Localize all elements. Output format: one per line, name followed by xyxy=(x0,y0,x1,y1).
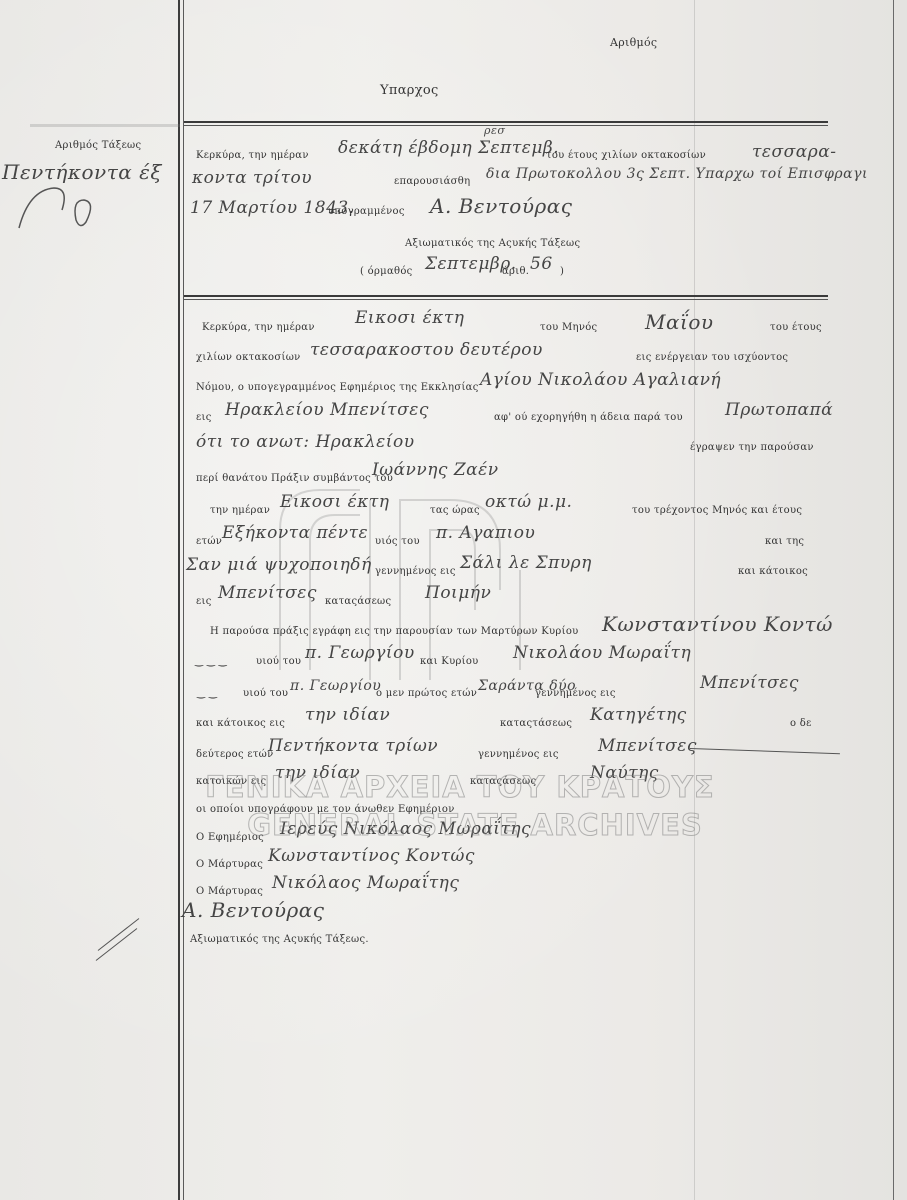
handwritten-place: Ηρακλείου Μπενίτσες xyxy=(225,400,429,420)
handwritten-residence: την ιδίαν xyxy=(305,705,390,725)
printed-text: και κάτοικος εις xyxy=(196,718,285,729)
printed-text: επαρουσιάσθη xyxy=(394,176,470,187)
handwritten-day: Εικοσι έκτη xyxy=(280,492,390,512)
printed-text: γεννημένος εις xyxy=(478,749,559,760)
printed-text: έγραψεν την παρούσαν xyxy=(690,442,814,453)
handwritten-authority: Πρωτοπαπά xyxy=(725,400,833,420)
printed-text: υιού του xyxy=(256,656,301,667)
handwritten-father: π. Γεωργίου xyxy=(290,678,381,694)
printed-text: χιλίων οκτακοσίων xyxy=(196,352,301,363)
handwritten-date: δεκάτη έβδομη Σεπτεμβ. xyxy=(338,138,559,158)
printed-text: ετών xyxy=(196,536,222,547)
printed-text: ) xyxy=(560,266,564,277)
margin-mark-stroke xyxy=(98,918,140,951)
printed-text: Κερκύρα, την ημέραν xyxy=(202,322,315,333)
handwritten-signature: Α. Βεντούρας xyxy=(430,194,572,218)
printed-text: εις xyxy=(196,596,212,607)
handwritten-year: τεσσαρα- xyxy=(752,142,836,162)
handwritten-year: κοντα τρίτου xyxy=(192,168,312,188)
handwritten-father: π. Αγαπιου xyxy=(436,523,535,543)
margin-double-rule xyxy=(178,0,184,1200)
handwritten-mother: Σαν μιά ψυχοποιηδή xyxy=(186,555,372,575)
printed-text: ο μεν πρώτος ετών xyxy=(376,688,477,699)
archive-watermark-greek: ΓΕΝΙΚΑ ΑΡΧΕΙΑ ΤΟΥ ΚΡΑΤΟΥΣ xyxy=(190,770,730,804)
handwritten-day: Εικοσι έκτη xyxy=(355,308,465,328)
printed-text: και Κυρίου xyxy=(420,656,479,667)
printed-text: γεννημένος εις xyxy=(535,688,616,699)
printed-text: τας ώρας xyxy=(430,505,480,516)
printed-text: ο δε xyxy=(790,718,812,729)
margin-mark-stroke xyxy=(96,928,138,961)
binding-edge-line xyxy=(893,0,896,1200)
registrar-title: Υπαρχος xyxy=(380,83,439,98)
printed-text: γεννημένος εις xyxy=(375,566,456,577)
handwritten-residence: Μπενίτσες xyxy=(218,583,317,603)
handwritten-month: Μαΐου xyxy=(645,310,714,334)
printed-text: υιού του xyxy=(243,688,288,699)
margin-faint-rule xyxy=(30,124,180,127)
handwritten-witness-2: Νικολάου Μωραΐτη xyxy=(513,643,691,663)
printed-text: υιός του xyxy=(375,536,420,547)
signature-role-witness: Ο Μάρτυρας xyxy=(196,886,263,897)
printed-text: άριθ. xyxy=(502,266,529,277)
signature-role-witness: Ο Μάρτυρας xyxy=(196,859,263,870)
handwritten-signature-witness-1: Κωνσταντίνος Κοντώς xyxy=(268,846,475,866)
dash-filler: ‿ ‿ ‿ xyxy=(195,656,227,667)
printed-text: του τρέχοντος Μηνός και έτους xyxy=(632,505,802,516)
handwritten-birthplace: Μπενίτσες xyxy=(700,673,799,693)
handwritten-time: οκτώ μ.μ. xyxy=(485,492,572,512)
handwritten-signature-officer: Α. Βεντούρας xyxy=(182,898,324,922)
handwritten-father: π. Γεωργίου xyxy=(305,643,415,663)
handwritten-protocol: δια Πρωτοκολλου 3ς Σεπτ. Υπαρχω τοί Επισ… xyxy=(486,166,868,182)
handwritten-age: Πεντήκοντα τρίων xyxy=(268,736,438,756)
number-label: Αριθμός xyxy=(610,36,657,49)
printed-text: περί θανάτου Πράξιν συμβάντος του xyxy=(196,473,393,484)
printed-text: του έτους χιλίων οκτακοσίων xyxy=(546,150,706,161)
printed-text: την ημέραν xyxy=(210,505,270,516)
handwritten-text: ότι το ανωτ: Ηρακλείου xyxy=(196,432,415,452)
handwritten-deceased-name: Ιωάννης Ζαέν xyxy=(372,460,499,480)
printed-text: του έτους xyxy=(770,322,822,333)
section-rule-middle xyxy=(184,295,828,300)
handwritten-occupation: Κατηγέτης xyxy=(590,705,687,725)
handwritten-birthplace: Σάλι λε Σπυρη xyxy=(460,553,592,573)
printed-text: εις xyxy=(196,412,212,423)
handwritten-church: Αγίου Νικολάου Αγαλιανή xyxy=(480,370,721,390)
printed-text: αφ' ού εχορηγήθη η άδεια παρά του xyxy=(494,412,683,423)
printed-text: υπογραμμένος xyxy=(328,206,405,217)
printed-text: εις ενέργειαν του ισχύοντος xyxy=(636,352,788,363)
handwritten-signature-witness-2: Νικόλαος Μωραΐτης xyxy=(272,873,459,893)
officer-title: Αξιωματικός της Αςυκής Τάξεως xyxy=(405,238,580,249)
serial-number-label: Αριθμός Τάξεως xyxy=(55,140,141,151)
officer-title: Αξιωματικός της Αςυκής Τάξεως. xyxy=(190,934,369,945)
handwritten-witness-1: Κωνσταντίνου Κοντώ xyxy=(602,612,833,636)
flourish-icon xyxy=(14,180,94,230)
dash-filler: ‿ ‿ xyxy=(197,688,217,699)
printed-text: Κερκύρα, την ημέραν xyxy=(196,150,309,161)
printed-text: και της xyxy=(765,536,804,547)
printed-text: ( όρμαθός xyxy=(360,266,413,277)
printed-text: δεύτερος ετών xyxy=(196,749,274,760)
handwritten-year: τεσσαρακοστου δευτέρου xyxy=(310,340,543,360)
handwritten-occupation: Ποιμήν xyxy=(425,583,491,603)
printed-text: καταςτάσεως xyxy=(500,718,572,729)
handwritten-number: 56 xyxy=(530,254,553,274)
printed-text: του Μηνός xyxy=(540,322,597,333)
printed-text: Η παρούσα πράξις εγράφη εις την παρουσία… xyxy=(210,626,579,637)
handwritten-age: Εξήκοντα πέντε xyxy=(222,523,368,543)
section-rule-top xyxy=(184,121,828,126)
handwritten-line-stroke xyxy=(690,748,840,754)
handwritten-annotation: ρεσ xyxy=(484,124,505,137)
handwritten-birthplace: Μπενίτσες xyxy=(598,736,697,756)
printed-text: καταςάσεως xyxy=(325,596,391,607)
scanned-document-page: Αριθμός Υπαρχος Αριθμός Τάξεως Πεντήκοντ… xyxy=(0,0,907,1200)
archive-watermark-english: GENERAL STATE ARCHIVES xyxy=(205,808,745,842)
printed-text: και κάτοικος xyxy=(738,566,808,577)
printed-text: Νόμου, ο υπογεγραμμένος Εφημέριος της Εκ… xyxy=(196,382,479,393)
